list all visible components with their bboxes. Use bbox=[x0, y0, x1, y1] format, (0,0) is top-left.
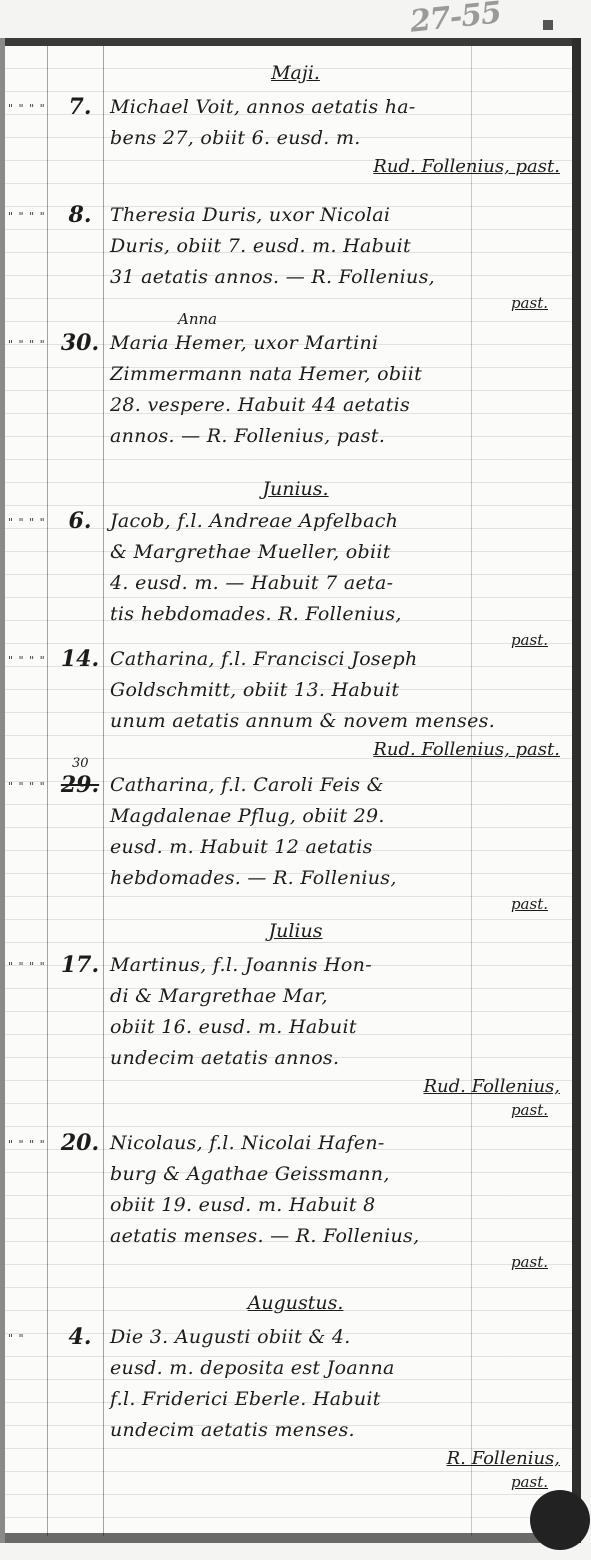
pastor-signature: Rud. Follenius, past. bbox=[110, 154, 570, 180]
ditto-marks: " " " " bbox=[8, 1138, 46, 1151]
entry-line: Magdalenae Pflug, obiit 29. bbox=[110, 801, 570, 832]
entry-line: annos. — R. Follenius, past. bbox=[110, 421, 570, 452]
ditto-marks: " " " " bbox=[8, 210, 46, 223]
entry-line: Martinus, f.l. Joannis Hon- bbox=[110, 950, 570, 981]
ditto-marks: " " " " bbox=[8, 338, 46, 351]
ditto-marks: " " " " bbox=[8, 516, 46, 529]
entry-day: 17. bbox=[60, 952, 100, 978]
entry-line: aetatis menses. — R. Follenius, bbox=[110, 1221, 570, 1252]
month-heading-julius: Julius bbox=[0, 920, 591, 942]
pastor-title: past. bbox=[110, 1472, 570, 1492]
month-heading-augustus: Augustus. bbox=[0, 1292, 591, 1314]
ditto-marks: " " " " bbox=[8, 654, 46, 667]
ditto-marks: " " " " bbox=[8, 960, 46, 973]
entry-line: eusd. m. deposita est Joanna bbox=[110, 1353, 570, 1384]
entry-line: 28. vespere. Habuit 44 aetatis bbox=[110, 390, 570, 421]
entry-day: 4. bbox=[60, 1324, 100, 1350]
entry-line: 31 aetatis annos. — R. Follenius, bbox=[110, 262, 570, 293]
entry-day: 8. bbox=[60, 202, 100, 228]
entry-line: Duris, obiit 7. eusd. m. Habuit bbox=[110, 231, 570, 262]
pastor-title: past. bbox=[110, 1100, 570, 1120]
entry-line: hebdomades. — R. Follenius, bbox=[110, 863, 570, 894]
entry-line: Theresia Duris, uxor Nicolai bbox=[110, 200, 570, 231]
entry-day: 20. bbox=[60, 1130, 100, 1156]
entry-line: bens 27, obiit 6. eusd. m. bbox=[110, 123, 570, 154]
entry-day: 30. bbox=[60, 330, 100, 356]
entry-line: obiit 16. eusd. m. Habuit bbox=[110, 1012, 570, 1043]
archive-page-annotation: 27-55 bbox=[408, 0, 502, 40]
page-right-edge bbox=[572, 38, 581, 1543]
entry-line: burg & Agathae Geissmann, bbox=[110, 1159, 570, 1190]
entry-line: undecim aetatis menses. bbox=[110, 1415, 570, 1446]
ditto-marks: " " " " bbox=[8, 780, 46, 793]
interlinear-insertion: Anna bbox=[178, 310, 217, 328]
pastor-title: past. bbox=[110, 1252, 570, 1272]
ditto-marks: " " bbox=[8, 1332, 25, 1345]
entry-day: 14. bbox=[60, 646, 100, 672]
entry-line: eusd. m. Habuit 12 aetatis bbox=[110, 832, 570, 863]
entry-line: Zimmermann nata Hemer, obiit bbox=[110, 359, 570, 390]
entry-line: f.l. Friderici Eberle. Habuit bbox=[110, 1384, 570, 1415]
entry-line: Catharina, f.l. Caroli Feis & bbox=[110, 770, 570, 801]
day-struck: 29. bbox=[61, 772, 99, 798]
entry-line: 4. eusd. m. — Habuit 7 aeta- bbox=[110, 568, 570, 599]
entry-line: obiit 19. eusd. m. Habuit 8 bbox=[110, 1190, 570, 1221]
month-heading-maji: Maji. bbox=[0, 62, 591, 84]
page-damage-spot bbox=[530, 1490, 590, 1550]
entry-line: Maria Hemer, uxor Martini bbox=[110, 328, 570, 359]
entry-line: unum aetatis annum & novem menses. bbox=[110, 706, 570, 737]
pastor-signature: Rud. Follenius, past. bbox=[110, 737, 570, 763]
entry-line: tis hebdomades. R. Follenius, bbox=[110, 599, 570, 630]
entry-line: & Margrethae Mueller, obiit bbox=[110, 537, 570, 568]
entry-day: 3029. bbox=[60, 772, 100, 798]
day-correction: 30 bbox=[72, 756, 89, 771]
pastor-signature: R. Follenius, bbox=[110, 1446, 570, 1472]
pastor-title: past. bbox=[110, 894, 570, 914]
entry-line: undecim aetatis annos. bbox=[110, 1043, 570, 1074]
entry-line: Michael Voit, annos aetatis ha- bbox=[110, 92, 570, 123]
page-left-edge bbox=[0, 38, 5, 1543]
entry-line: Nicolaus, f.l. Nicolai Hafen- bbox=[110, 1128, 570, 1159]
entry-line: Catharina, f.l. Francisci Joseph bbox=[110, 644, 570, 675]
entry-day: 6. bbox=[60, 508, 100, 534]
month-heading-junius: Junius. bbox=[0, 478, 591, 500]
pastor-signature: Rud. Follenius, bbox=[110, 1074, 570, 1100]
entry-line: di & Margrethae Mar, bbox=[110, 981, 570, 1012]
entry-day: 7. bbox=[60, 94, 100, 120]
entry-line: Goldschmitt, obiit 13. Habuit bbox=[110, 675, 570, 706]
entry-line: Die 3. Augusti obiit & 4. bbox=[110, 1322, 570, 1353]
entry-line: Jacob, f.l. Andreae Apfelbach bbox=[110, 506, 570, 537]
ditto-marks: " " " " bbox=[8, 102, 46, 115]
scan-corner-mark bbox=[543, 20, 553, 30]
